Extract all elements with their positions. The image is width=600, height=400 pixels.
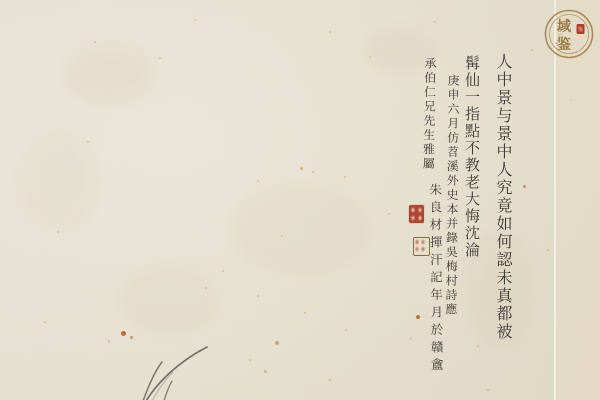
painting-scroll: 人中景与景中人究竟如何認未真都被 髯仙一指點不教老大悔沈淪 庚申六月仿苕溪外史本… <box>0 0 600 400</box>
orchid-leaf-strokes <box>0 0 600 400</box>
